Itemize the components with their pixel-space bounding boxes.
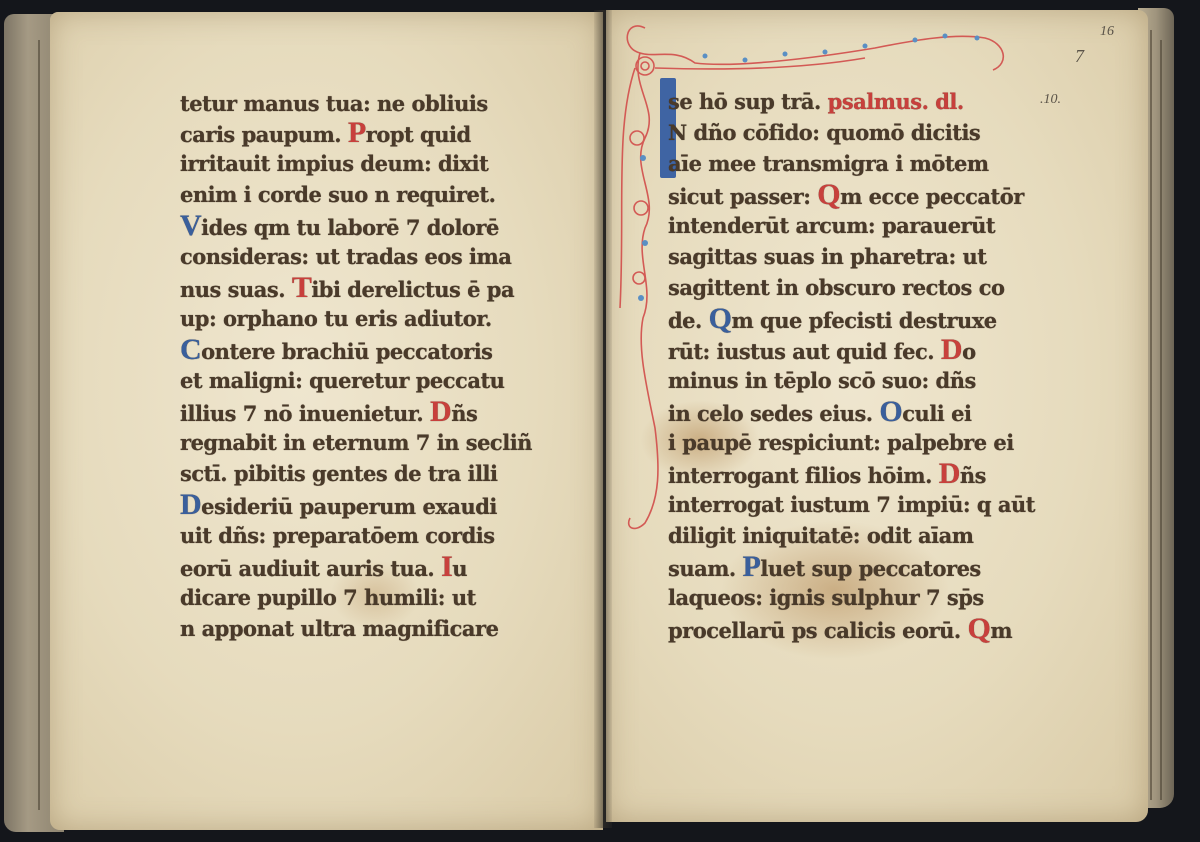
initial: D bbox=[430, 395, 451, 428]
initial: Q bbox=[817, 178, 840, 211]
right-page-text: se hō sup trā. psalmus. dl. N dño cōfido… bbox=[668, 86, 1048, 644]
margin-note: .10. bbox=[1040, 92, 1061, 108]
initial: C bbox=[180, 333, 201, 366]
initial: D bbox=[939, 457, 960, 490]
text-line: Desideriū pauperum exaudi bbox=[180, 489, 540, 520]
text-line: laqueos: ignis sulphur 7 sp̄s bbox=[668, 582, 1048, 613]
text-line: sicut passer: Qm ecce peccatōr bbox=[668, 179, 1048, 210]
text-line: nus suas. Tibi derelictus ē pa bbox=[180, 272, 540, 303]
initial: I bbox=[441, 550, 452, 583]
text-line: irritauit impius deum: dixit bbox=[180, 148, 540, 179]
text-line: tetur manus tua: ne obliuis bbox=[180, 86, 540, 117]
text-line: aīe mee transmigra i mōtem bbox=[668, 148, 1048, 179]
initial: D bbox=[180, 488, 201, 521]
initial: T bbox=[292, 271, 312, 304]
text-line: regnabit in eternum 7 in secliñ bbox=[180, 427, 540, 458]
text-line: se hō sup trā. psalmus. dl. bbox=[668, 86, 1048, 117]
folio-number: 16 bbox=[1100, 24, 1114, 40]
text-line: n apponat ultra magnificare bbox=[180, 613, 540, 644]
text-line: minus in tēplo scō suo: dñs bbox=[668, 365, 1048, 396]
text-line: i paupē respiciunt: palpebre ei bbox=[668, 427, 1048, 458]
initial: V bbox=[180, 209, 201, 242]
text-line: eorū audiuit auris tua. Iu bbox=[180, 551, 540, 582]
text-line: Contere brachiū peccatoris bbox=[180, 334, 540, 365]
text-line: sctī. pibitis gentes de tra illi bbox=[180, 458, 540, 489]
text-line: N dño cōfido: quomō dicitis bbox=[668, 117, 1048, 148]
text-line: et maligni: queretur peccatu bbox=[180, 365, 540, 396]
initial: D bbox=[941, 333, 962, 366]
text-line: dicare pupillo 7 humili: ut bbox=[180, 582, 540, 613]
text-line: Vides qm tu laborē 7 dolorē bbox=[180, 210, 540, 241]
initial: O bbox=[879, 395, 902, 428]
text-line: interrogant filios hōim. Dñs bbox=[668, 458, 1048, 489]
initial: P bbox=[743, 550, 761, 583]
text-line: de. Qm que pfecisti destruxe bbox=[668, 303, 1048, 334]
text-line: uit dñs: preparatōem cordis bbox=[180, 520, 540, 551]
initial: Q bbox=[709, 302, 732, 335]
page-edge bbox=[38, 40, 40, 810]
text-line: diligit iniquitatē: odit aīam bbox=[668, 520, 1048, 551]
page-edge bbox=[1160, 40, 1162, 800]
text-line: suam. Pluet sup peccatores bbox=[668, 551, 1048, 582]
text-line: consideras: ut tradas eos ima bbox=[180, 241, 540, 272]
text-line: rūt: iustus aut quid fec. Do bbox=[668, 334, 1048, 365]
text-line: enim i corde suo n requiret. bbox=[180, 179, 540, 210]
text-line: procellarū ps calicis eorū. Qm bbox=[668, 613, 1048, 644]
open-manuscript: tetur manus tua: ne obliuis caris paupum… bbox=[0, 0, 1200, 842]
text-line: sagittent in obscuro rectos co bbox=[668, 272, 1048, 303]
text-line: up: orphano tu eris adiutor. bbox=[180, 303, 540, 334]
page-edge bbox=[1150, 30, 1152, 800]
rubric-psalm-heading: psalmus. dl. bbox=[828, 89, 964, 114]
gutter bbox=[594, 10, 612, 828]
text-line: interrogat iustum 7 impiū: q aūt bbox=[668, 489, 1048, 520]
left-page-text: tetur manus tua: ne obliuis caris paupum… bbox=[180, 86, 540, 644]
text-line: in celo sedes eius. Oculi ei bbox=[668, 396, 1048, 427]
text-line: intenderūt arcum: parauerūt bbox=[668, 210, 1048, 241]
text-line: illius 7 nō inuenietur. Dñs bbox=[180, 396, 540, 427]
initial: Q bbox=[968, 612, 991, 645]
initial: P bbox=[348, 116, 366, 149]
text-line: sagittas suas in pharetra: ut bbox=[668, 241, 1048, 272]
folio-number: 7 bbox=[1075, 46, 1084, 67]
text-line: caris paupum. Propt quid bbox=[180, 117, 540, 148]
